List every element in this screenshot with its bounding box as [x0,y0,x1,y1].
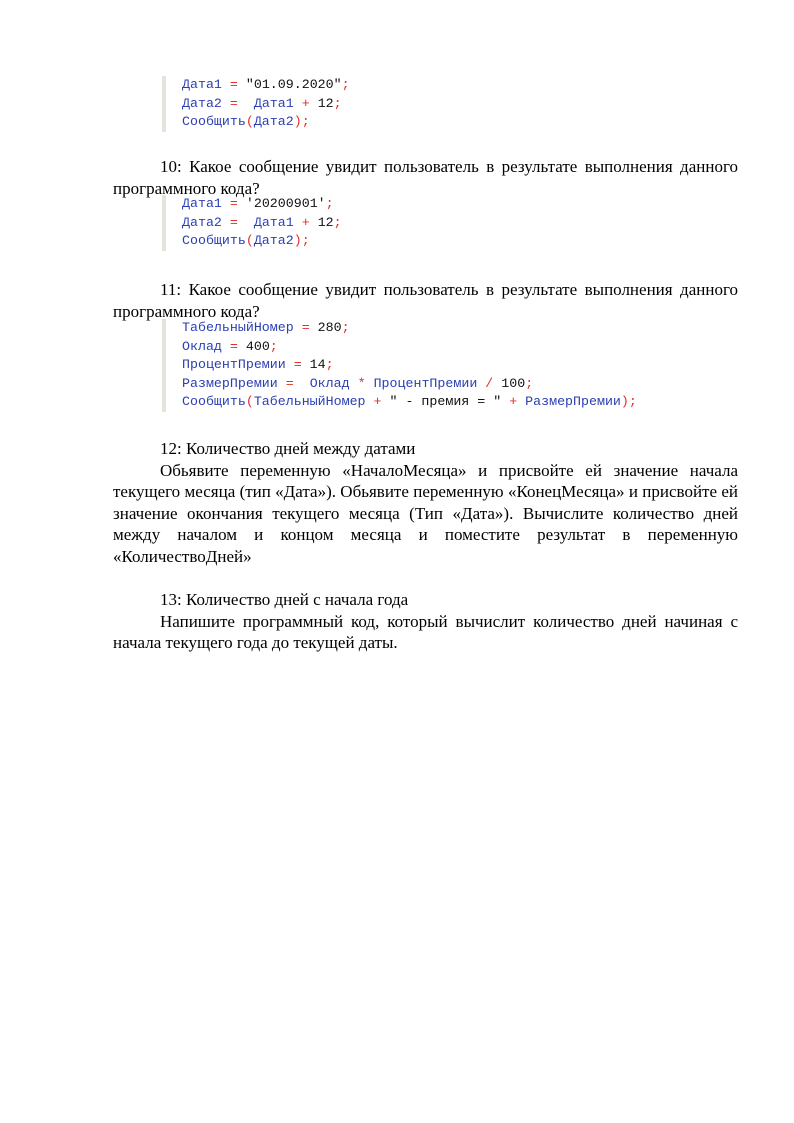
code-line: Сообщить(Дата2); [182,232,342,251]
question-13: 13: Количество дней с начала года Напиши… [113,589,738,654]
code-line: Сообщить(ТабельныйНомер + " - премия = "… [182,393,637,412]
code-line: Дата2 = Дата1 + 12; [182,214,342,233]
code-block-2: Дата1 = '20200901';Дата2 = Дата1 + 12;Со… [162,195,342,251]
document-page: Дата1 = "01.09.2020";Дата2 = Дата1 + 12;… [0,0,794,1123]
question-13-body: Напишите программный код, который вычисл… [113,611,738,654]
code-block-3: ТабельныйНомер = 280;Оклад = 400;Процент… [162,319,637,412]
code-line: Сообщить(Дата2); [182,113,350,132]
code-block-1: Дата1 = "01.09.2020";Дата2 = Дата1 + 12;… [162,76,350,132]
code-line: ПроцентПремии = 14; [182,356,637,375]
question-10-text: 10: Какое сообщение увидит пользователь … [113,156,738,199]
code-line: Оклад = 400; [182,338,637,357]
question-12-body: Обьявите переменную «НачалоМесяца» и при… [113,460,738,568]
question-11-text: 11: Какое сообщение увидит пользователь … [113,279,738,322]
code-line: Дата1 = "01.09.2020"; [182,76,350,95]
question-10: 10: Какое сообщение увидит пользователь … [113,156,738,199]
code-line: РазмерПремии = Оклад * ПроцентПремии / 1… [182,375,637,394]
question-12-heading: 12: Количество дней между датами [113,438,738,460]
code-line: Дата2 = Дата1 + 12; [182,95,350,114]
question-11: 11: Какое сообщение увидит пользователь … [113,279,738,322]
question-13-heading: 13: Количество дней с начала года [113,589,738,611]
question-12: 12: Количество дней между датами Обьявит… [113,438,738,567]
code-line: ТабельныйНомер = 280; [182,319,637,338]
code-line: Дата1 = '20200901'; [182,195,342,214]
